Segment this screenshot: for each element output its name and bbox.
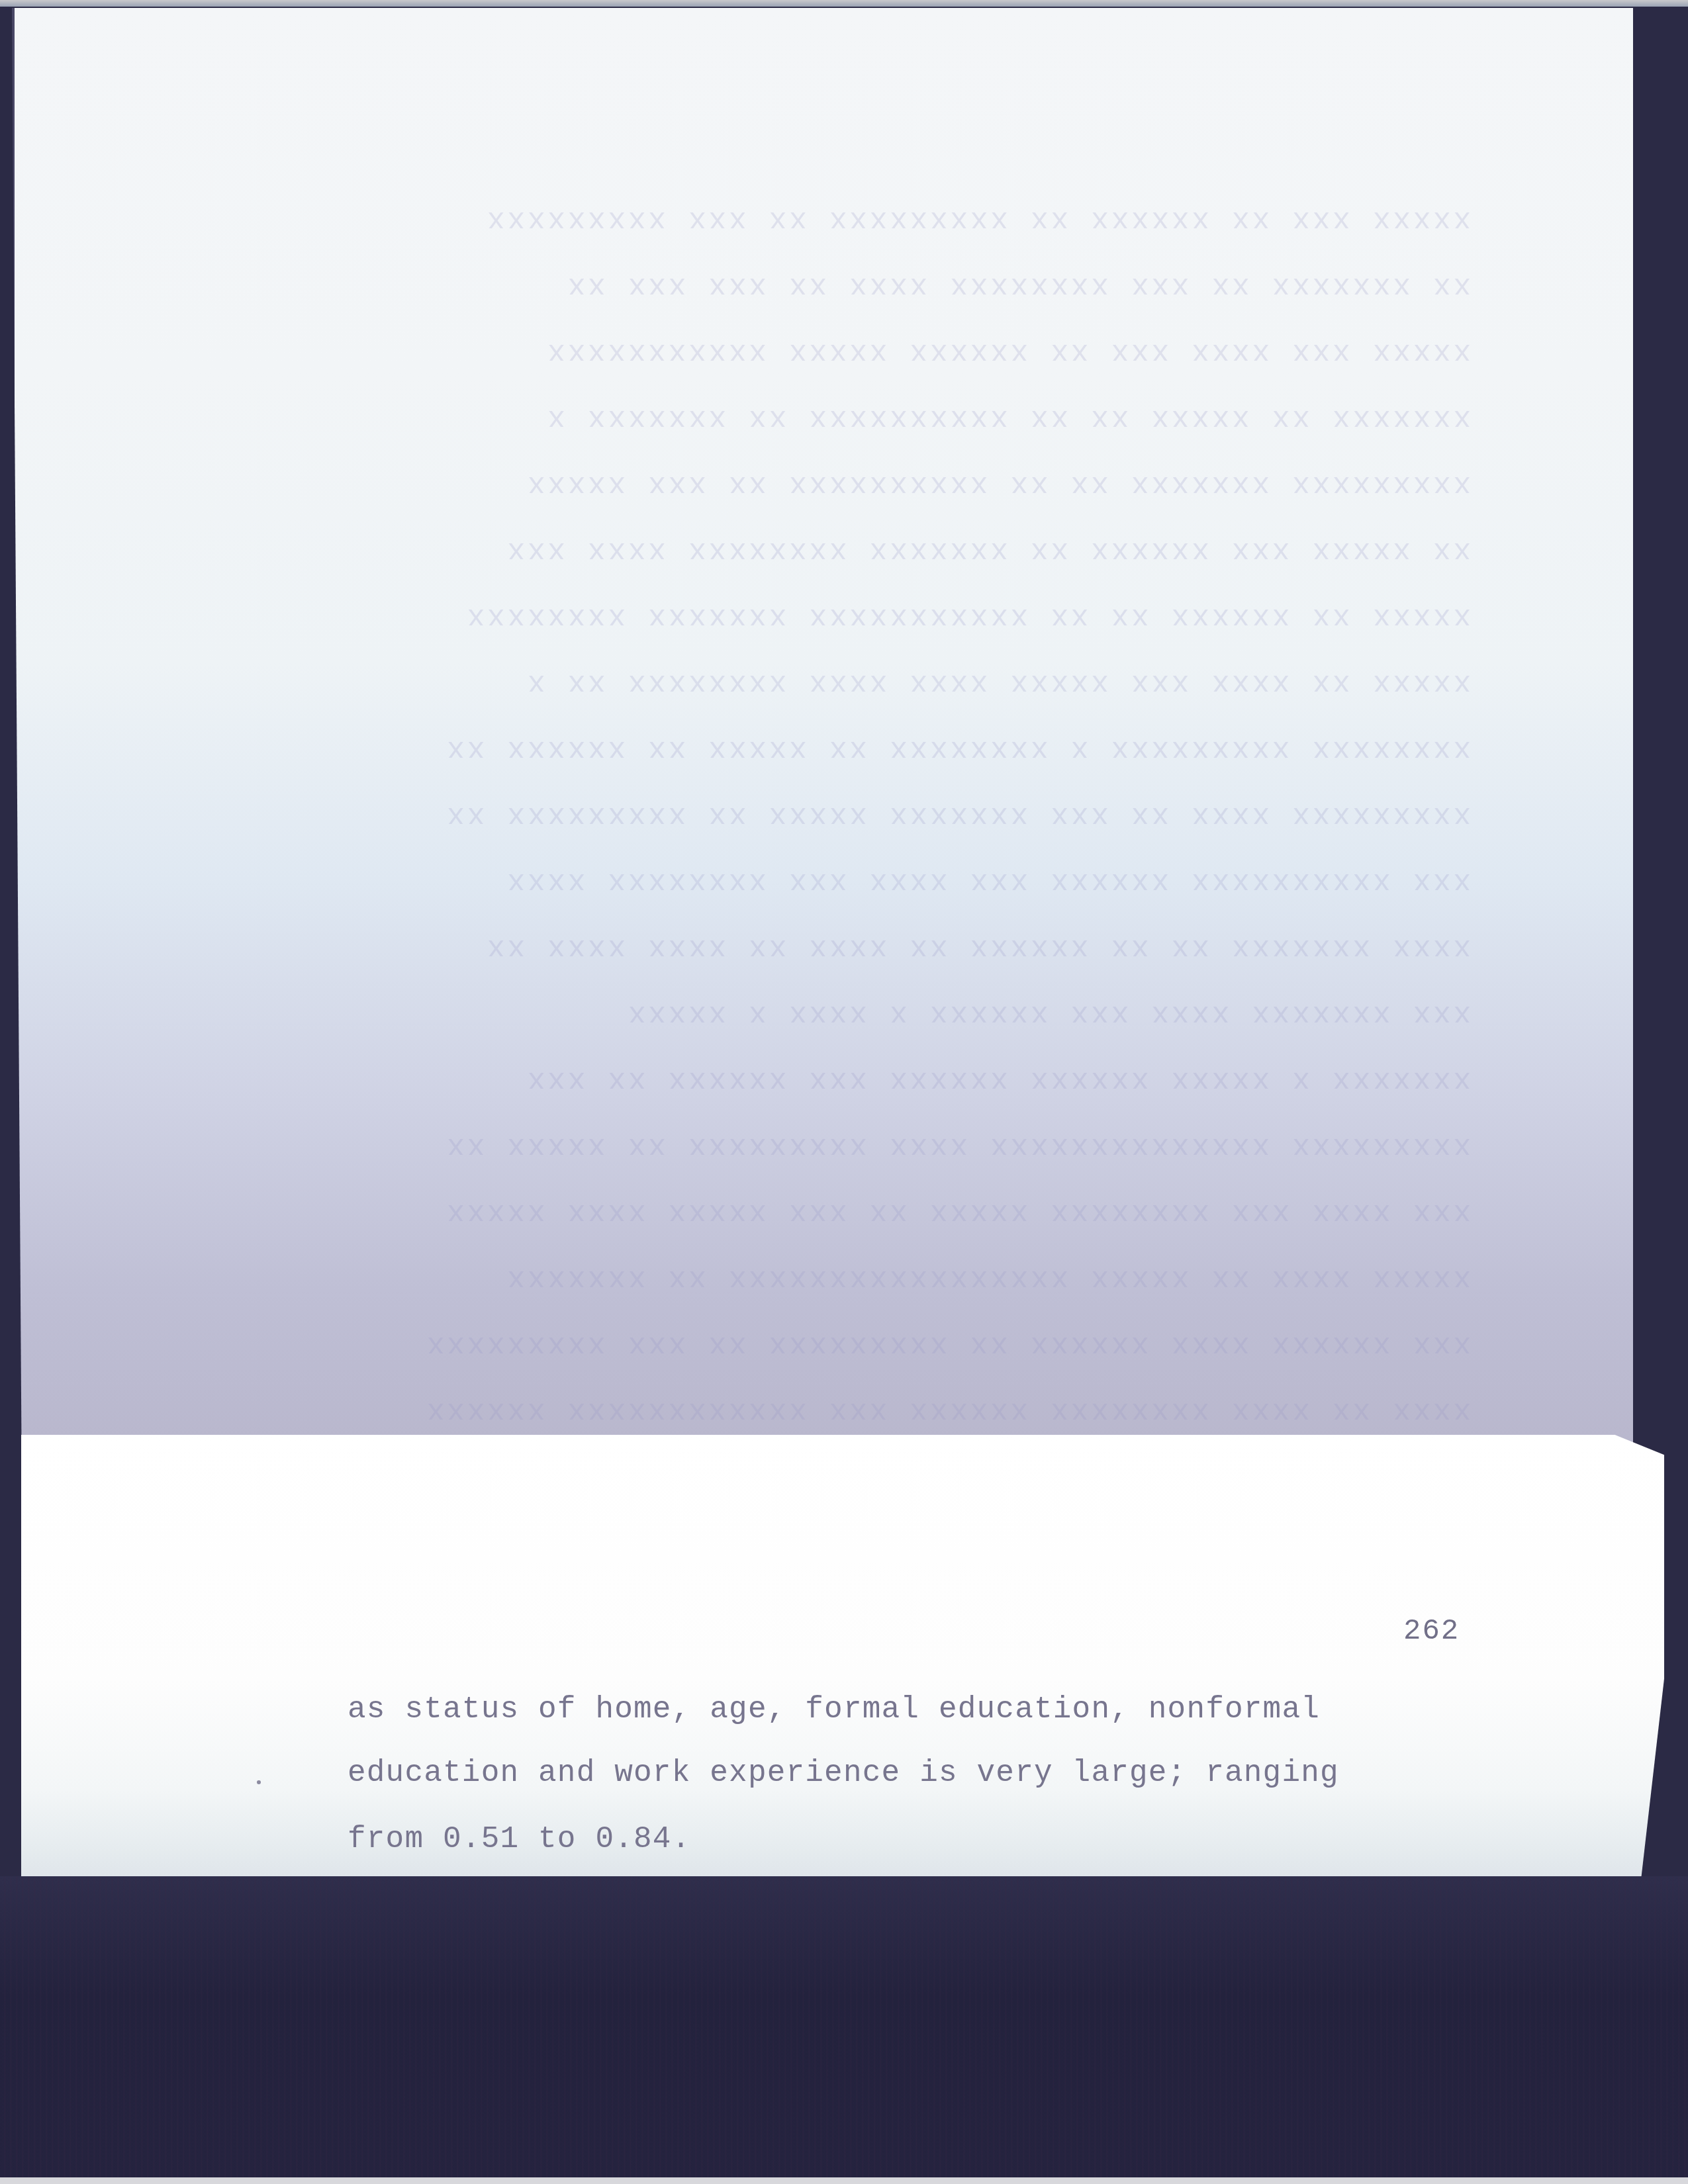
body-paragraph: as status of home, age, formal education… [348, 1693, 1473, 1889]
body-line: education and work experience is very la… [348, 1756, 1473, 1823]
page-number: 262 [1403, 1615, 1460, 1648]
scan-speck [257, 1780, 261, 1784]
scanner-bed-bottom [0, 1876, 1688, 2177]
scan-top-edge [0, 0, 1688, 7]
bleed-through-text: xxxx xx xxxx xxxxxxxx xxxxxx xxx xxxxxxx… [332, 187, 1471, 1444]
scan-bottom-edge [0, 2177, 1688, 2184]
back-page-upper: xxxx xx xxxx xxxxxxxx xxxxxx xxx xxxxxxx… [12, 8, 1633, 1464]
body-line: as status of home, age, formal education… [348, 1693, 1473, 1759]
